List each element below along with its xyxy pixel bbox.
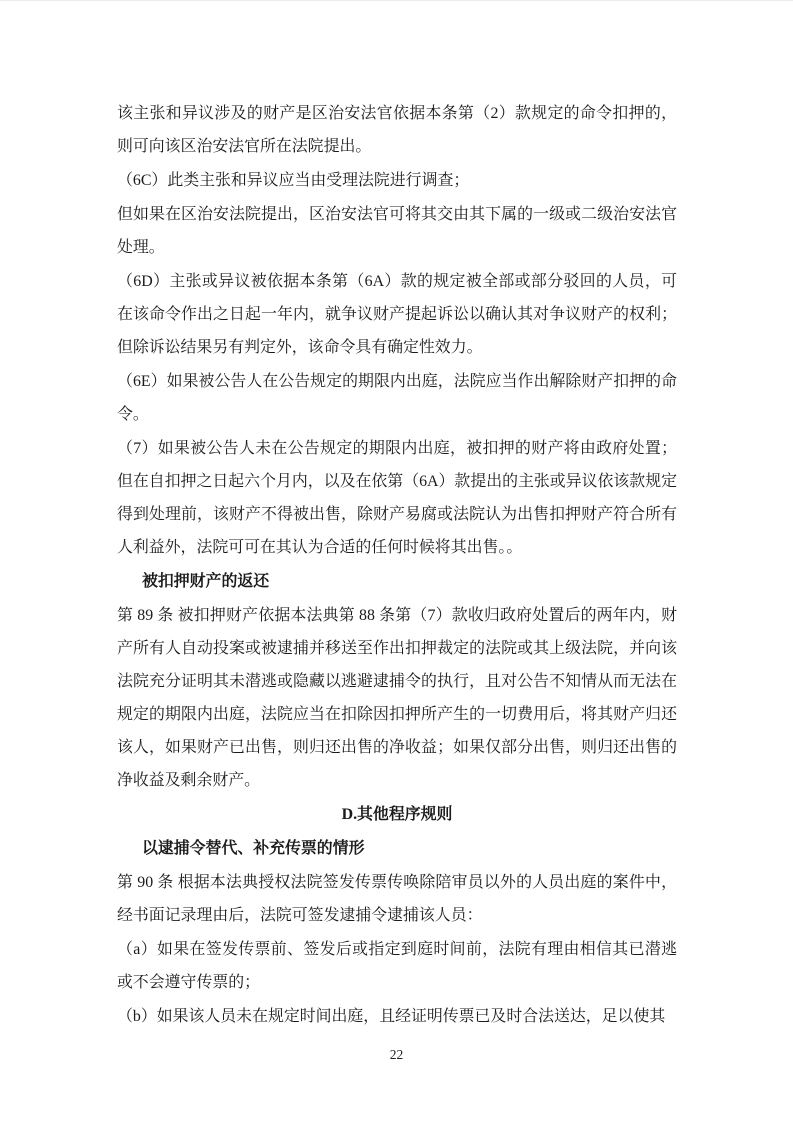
body-paragraph: （6D）主张或异议被依据本条第（6A）款的规定被全部或部分驳回的人员，可在该命令…: [117, 265, 677, 364]
subsection-heading: 以逮捕令替代、补充传票的情形: [117, 832, 677, 865]
document-body: 该主张和异议涉及的财产是区治安法官依据本条第（2）款规定的命令扣押的，则可向该区…: [117, 97, 677, 1034]
section-heading: D.其他程序规则: [117, 798, 677, 831]
body-paragraph: （b）如果该人员未在规定时间出庭，且经证明传票已及时合法送达，足以使其: [117, 1000, 677, 1033]
body-paragraph: 但如果在区治安法院提出，区治安法官可将其交由其下属的一级或二级治安法官处理。: [117, 198, 677, 264]
body-paragraph: （6E）如果被公告人在公告规定的期限内出庭，法院应当作出解除财产扣押的命令。: [117, 365, 677, 431]
page-footer: 22: [0, 1047, 793, 1063]
body-paragraph: （a）如果在签发传票前、签发后或指定到庭时间前，法院有理由相信其已潜逃或不会遵守…: [117, 933, 677, 999]
body-paragraph: （6C）此类主张和异议应当由受理法院进行调查；: [117, 164, 677, 197]
subsection-heading: 被扣押财产的返还: [117, 565, 677, 598]
page-number: 22: [390, 1047, 404, 1062]
body-paragraph: （7）如果被公告人未在公告规定的期限内出庭，被扣押的财产将由政府处置；但在自扣押…: [117, 432, 677, 564]
body-paragraph: 第 89 条 被扣押财产依据本法典第 88 条第（7）款收归政府处置后的两年内，…: [117, 599, 677, 797]
body-paragraph: 该主张和异议涉及的财产是区治安法官依据本条第（2）款规定的命令扣押的，则可向该区…: [117, 97, 677, 163]
body-paragraph: 第 90 条 根据本法典授权法院签发传票传唤除陪审员以外的人员出庭的案件中，经书…: [117, 866, 677, 932]
document-page: 该主张和异议涉及的财产是区治安法官依据本条第（2）款规定的命令扣押的，则可向该区…: [0, 0, 793, 1122]
